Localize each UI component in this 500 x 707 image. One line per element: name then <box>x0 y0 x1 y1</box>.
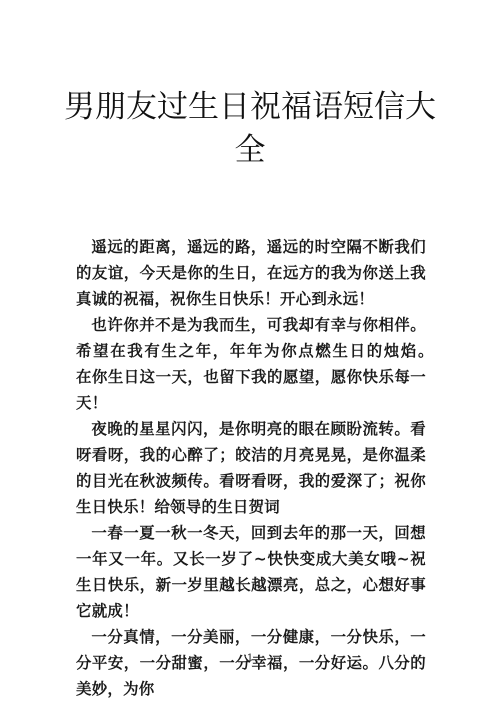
document-body: 遥远的距离，遥远的路，遥远的时空隔不断我们的友谊，今天是你的生日，在远方的我为你… <box>76 234 426 702</box>
paragraph-3: 夜晚的星星闪闪，是你明亮的眼在顾盼流转。看呀看呀，我的心醉了；皎洁的月亮晃晃，是… <box>76 416 426 520</box>
document-page: 男朋友过生日祝福语短信大全 遥远的距离，遥远的路，遥远的时空隔不断我们的友谊，今… <box>0 0 500 707</box>
paragraph-2: 也许你并不是为我而生，可我却有幸与你相伴。希望在我有生之年，年年为你点燃生日的烛… <box>76 312 426 416</box>
page-number: 1 <box>0 653 500 664</box>
paragraph-1: 遥远的距离，遥远的路，遥远的时空隔不断我们的友谊，今天是你的生日，在远方的我为你… <box>76 234 426 312</box>
document-title: 男朋友过生日祝福语短信大全 <box>60 86 440 172</box>
paragraph-4: 一春一夏一秋一冬天，回到去年的那一天，回想一年又一年。又长一岁了~快快变成大美女… <box>76 520 426 624</box>
